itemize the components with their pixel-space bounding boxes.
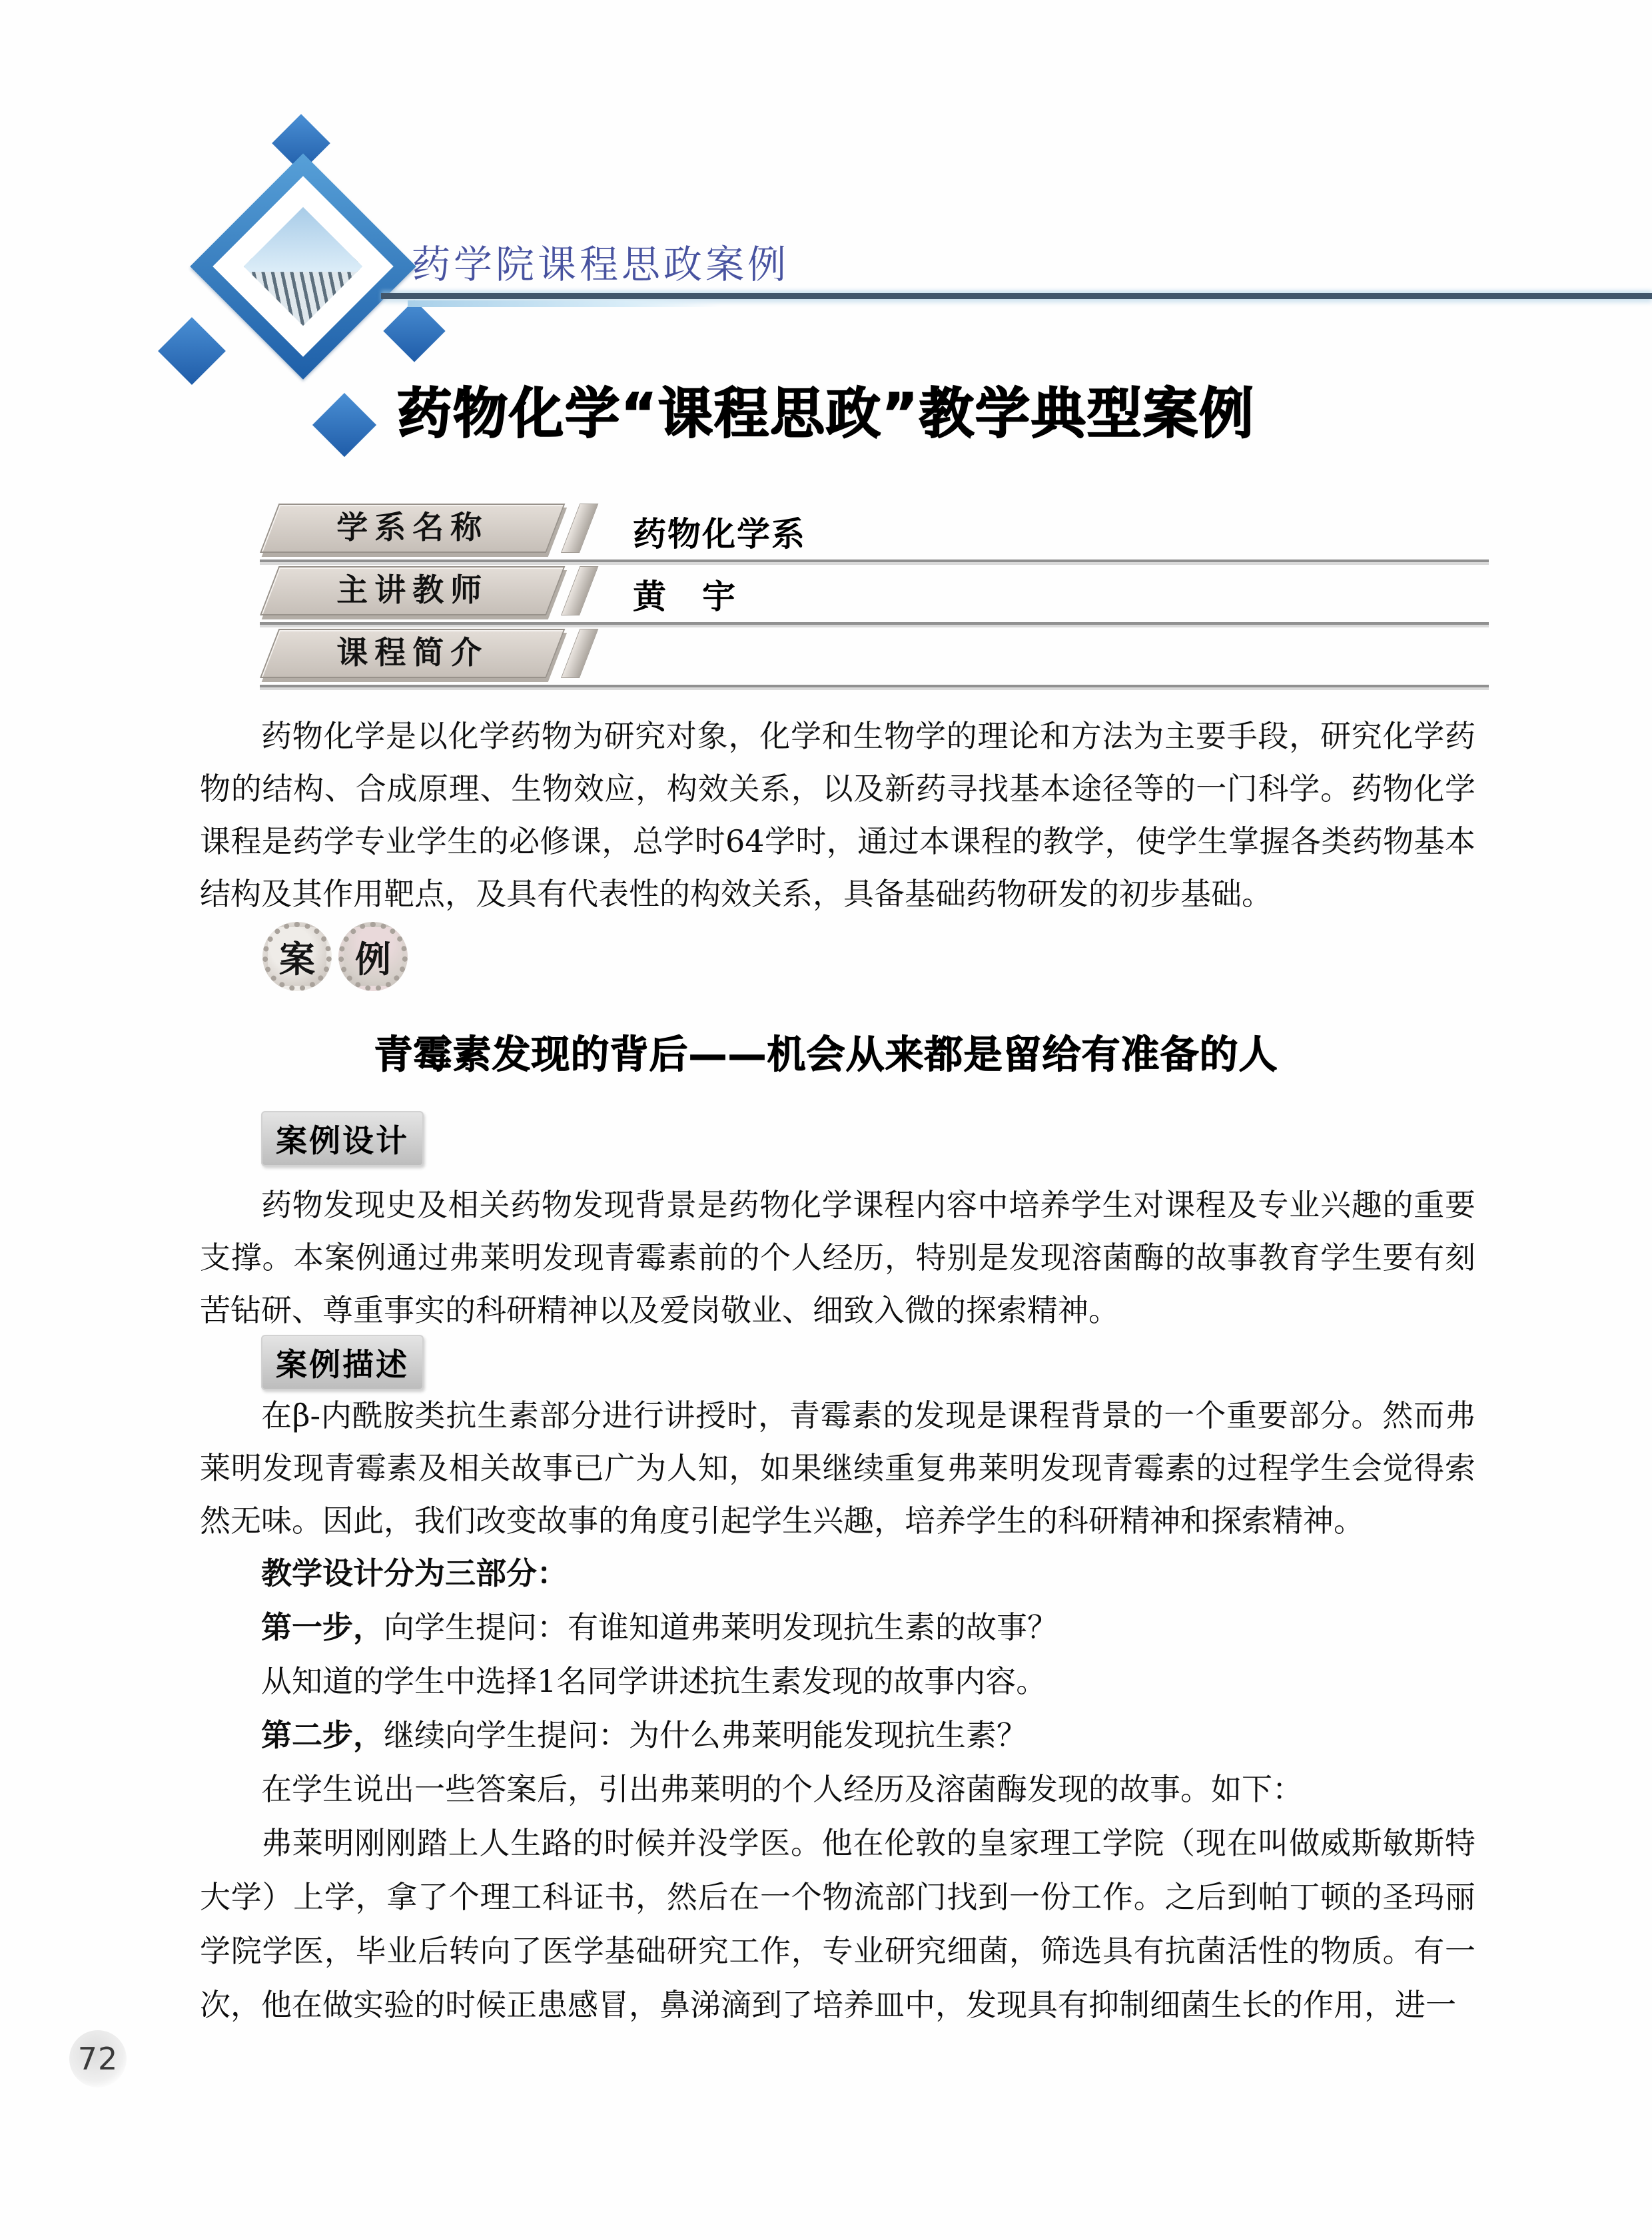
info-row-course-intro: 课程简介 (260, 629, 1489, 691)
step-text: 从知道的学生中选择1名同学讲述抗生素发现的故事内容。 (261, 1663, 1046, 1699)
section-heading-case-description: 案例描述 (261, 1335, 424, 1390)
field-label-text: 主讲教师 (270, 567, 554, 614)
teaching-step-2: 第二步，继续向学生提问：为什么弗莱明能发现抗生素？ (200, 1708, 1475, 1762)
field-value-department: 药物化学系 (633, 508, 806, 556)
teaching-step-1-detail: 从知道的学生中选择1名同学讲述抗生素发现的故事内容。 (200, 1655, 1475, 1708)
case-description-paragraph: 在β-内酰胺类抗生素部分进行讲授时，青霉素的发现是课程背景的一个重要部分。然而弗… (200, 1389, 1475, 1547)
field-label-department: 学系名称 (260, 504, 565, 553)
info-row-lecturer: 主讲教师 黄 宇 (260, 566, 1489, 629)
logo-diamond-gap (212, 176, 394, 357)
step-lead: 第一步， (261, 1609, 384, 1645)
field-label-stripe (561, 504, 598, 553)
page-number-text: 72 (69, 2041, 127, 2077)
field-label-text: 课程简介 (270, 630, 554, 677)
teaching-step-1: 第一步，向学生提问：有谁知道弗莱明发现抗生素的故事？ (200, 1601, 1475, 1655)
campus-building-photo (244, 207, 362, 326)
banner-rule (381, 293, 1652, 299)
document-page: 药学院课程思政案例 药物化学“课程思政”教学典型案例 学系名称 药物化学系 主讲… (0, 0, 1652, 2240)
field-label-text: 学系名称 (270, 505, 554, 552)
case-title: 青霉素发现的背后——机会从来都是留给有准备的人 (0, 1023, 1652, 1079)
step-text: 继续向学生提问：为什么弗莱明能发现抗生素？ (384, 1717, 1027, 1753)
step-text: 向学生提问：有谁知道弗莱明发现抗生素的故事？ (384, 1609, 1058, 1645)
section-heading-case-design: 案例设计 (261, 1111, 424, 1166)
case-badge: 案 例 (262, 922, 408, 991)
field-value-lecturer: 黄 宇 (633, 570, 737, 618)
diamond-icon (383, 300, 445, 362)
banner-rule-accent (408, 300, 721, 307)
case-stamp-icon: 案 (262, 922, 332, 991)
teaching-design-intro: 教学设计分为三部分： (200, 1547, 1475, 1601)
logo-diamond-frame (190, 153, 416, 379)
field-underline (260, 560, 1489, 562)
field-label-stripe (561, 566, 598, 615)
info-fields: 学系名称 药物化学系 主讲教师 黄 宇 课程简介 (260, 504, 1489, 691)
step-lead: 第二步， (261, 1717, 384, 1753)
fleming-story-paragraph: 弗莱明刚刚踏上人生路的时候并没学医。他在伦敦的皇家理工学院（现在叫做威斯敏斯特大… (200, 1816, 1475, 2032)
teaching-step-2-detail: 在学生说出一些答案后，引出弗莱明的个人经历及溶菌酶发现的故事。如下： (200, 1762, 1475, 1816)
teaching-design-block: 教学设计分为三部分： 第一步，向学生提问：有谁知道弗莱明发现抗生素的故事？ 从知… (200, 1547, 1475, 2032)
info-row-department: 学系名称 药物化学系 (260, 504, 1489, 566)
case-stamp-icon: 例 (338, 922, 408, 991)
campus-building-photo-art (244, 207, 362, 326)
banner-title: 药学院课程思政案例 (412, 233, 789, 289)
document-title: 药物化学“课程思政”教学典型案例 (0, 370, 1652, 448)
field-label-course-intro: 课程简介 (260, 629, 565, 678)
field-underline (260, 685, 1489, 687)
page-number: 72 (69, 2030, 127, 2087)
field-underline (260, 622, 1489, 625)
field-label-stripe (561, 629, 598, 678)
step-text: 弗莱明刚刚踏上人生路的时候并没学医。他在伦敦的皇家理工学院（现在叫做威斯敏斯特大… (200, 1825, 1475, 2023)
course-intro-paragraph: 药物化学是以化学药物为研究对象，化学和生物学的理论和方法为主要手段，研究化学药物… (200, 710, 1475, 921)
step-text: 在学生说出一些答案后，引出弗莱明的个人经历及溶菌酶发现的故事。如下： (261, 1771, 1303, 1807)
field-label-lecturer: 主讲教师 (260, 566, 565, 615)
case-design-paragraph: 药物发现史及相关药物发现背景是药物化学课程内容中培养学生对课程及专业兴趣的重要支… (200, 1179, 1475, 1337)
